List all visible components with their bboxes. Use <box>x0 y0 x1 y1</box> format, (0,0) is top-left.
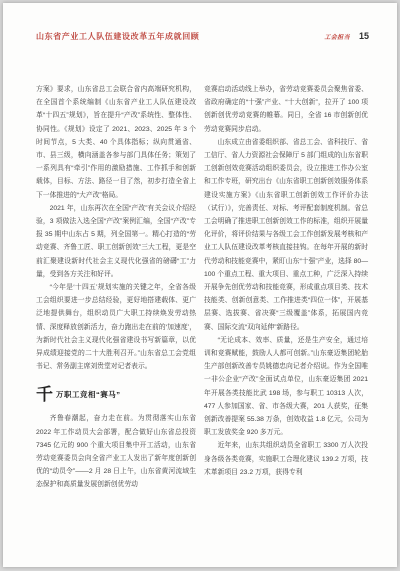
body-paragraph: 方案》要求，山东省总工会联合省内高端研究机构，在全国首个系统编制《山东省产业工人… <box>36 83 196 202</box>
body-paragraph: 山东成立由省委组织部、省总工会、省科技厅、省工信厅、省人力资源社会保障厅 5 部… <box>204 136 368 334</box>
section-heading-drop-cap: 千 <box>36 386 53 403</box>
section-heading: 千 万职工竞相“赛马” <box>36 386 196 403</box>
running-article-title: 山东省产业工人队伍建设改革五年成就回顾 <box>36 31 199 42</box>
body-paragraph: 2021 年，山东再次在全国“产改”有关会议介绍经验，3 项做法入选全国“产改”… <box>36 202 196 281</box>
page-inner: 山东省产业工人队伍建设改革五年成就回顾 工会担当 15 方案》要求，山东省总工会… <box>3 3 397 492</box>
body-paragraph: “无论成本、效率、质量，还是生产安全，通过培训和竞赛赋能，鼓励人人都可创新。”山… <box>204 334 368 440</box>
header-right: 工会担当 15 <box>324 31 369 41</box>
column-right: 竞赛启动活动线上举办，省劳动竞赛委员会聚焦省委、省政府确定的“十强”产业、“十大… <box>204 83 368 492</box>
body-paragraph: “今年是‘十四五’规划实施的关键之年，全省各级工会组织要进一步总结经验，更好地搭… <box>36 281 196 373</box>
section-tag: 工会担当 <box>324 32 350 41</box>
column-left: 方案》要求，山东省总工会联合省内高端研究机构，在全国首个系统编制《山东省产业工人… <box>36 83 196 492</box>
body-paragraph: 齐鲁春潮起，奋力走在前。为贯彻落实山东省 2022 年工作动员大会部署，配合做好… <box>36 412 196 491</box>
magazine-page: 山东省产业工人队伍建设改革五年成就回顾 工会担当 15 方案》要求，山东省总工会… <box>3 3 397 567</box>
body-paragraph: 近年来，山东共组织动员全省职工 3300 万人次投身各级各类竞赛，实施职工合理化… <box>204 439 368 479</box>
page-header: 山东省产业工人队伍建设改革五年成就回顾 工会担当 15 <box>36 31 369 42</box>
section-heading-text: 万职工竞相“赛马” <box>56 388 121 401</box>
page-number: 15 <box>359 31 369 41</box>
body-paragraph: 竞赛启动活动线上举办，省劳动竞赛委员会聚焦省委、省政府确定的“十强”产业、“十大… <box>204 83 368 136</box>
content-columns: 方案》要求，山东省总工会联合省内高端研究机构，在全国首个系统编制《山东省产业工人… <box>36 83 369 492</box>
